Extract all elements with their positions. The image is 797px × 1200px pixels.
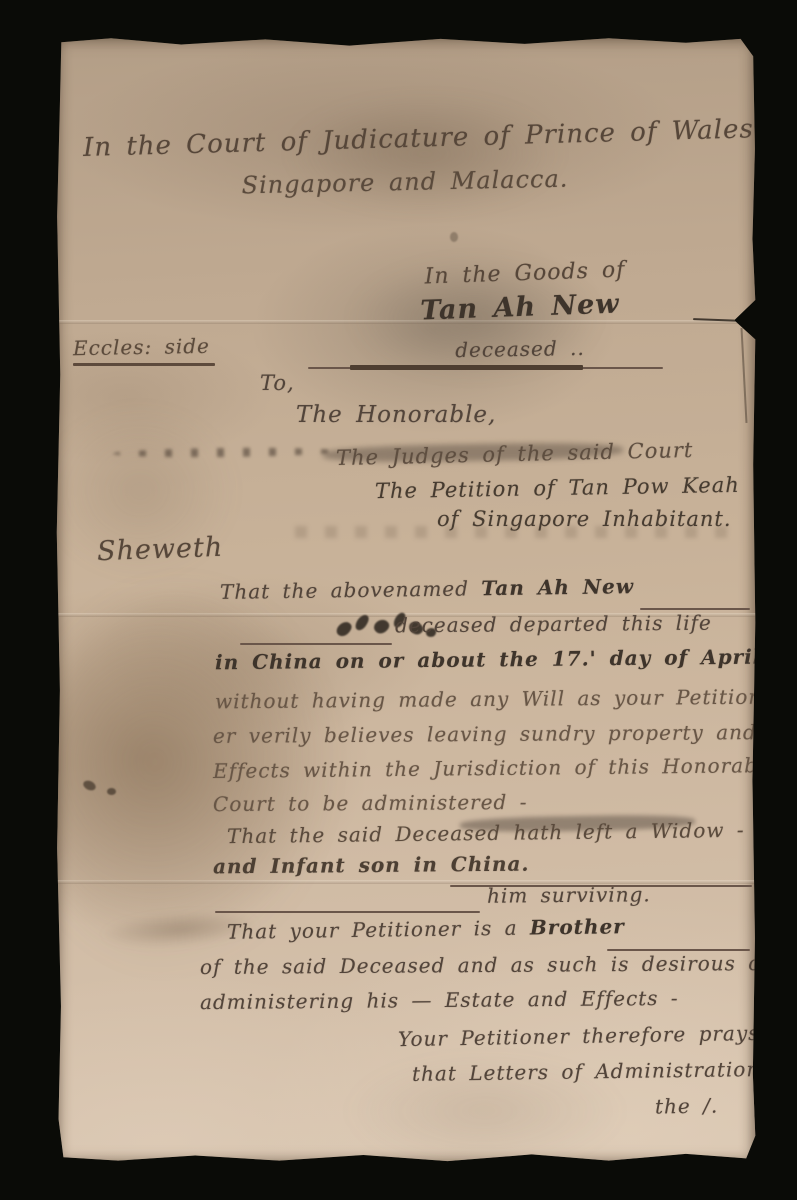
address-to: To, bbox=[260, 371, 295, 395]
fold-crease bbox=[55, 320, 756, 324]
catchword: the /. bbox=[655, 1093, 719, 1118]
ink-rule bbox=[607, 949, 750, 951]
body-line-4: without having made any Will as your Pet… bbox=[215, 685, 762, 714]
ink-rule bbox=[308, 367, 663, 369]
stain bbox=[45, 406, 235, 576]
sheweth-heading: Sheweth bbox=[96, 532, 223, 567]
deceased-name: Tan Ah New bbox=[375, 287, 666, 328]
body-line-5: er verily believes leaving sundry proper… bbox=[213, 720, 757, 748]
body-line-13: administering his — Estate and Effects - bbox=[200, 986, 679, 1014]
body-line-12: of the said Deceased and as such is desi… bbox=[200, 951, 770, 979]
paper-tear bbox=[693, 318, 743, 322]
body-line-11-emphasis: Brother bbox=[530, 914, 625, 939]
ink-smudge bbox=[113, 447, 338, 458]
body-line-15-text: that Letters of Administration bbox=[412, 1057, 773, 1086]
goods-clause-intro: In the Goods of bbox=[390, 256, 661, 290]
body-line-8: That the said Deceased hath left a Widow… bbox=[227, 818, 745, 848]
address-inhabitant: of Singapore Inhabitant. bbox=[437, 507, 732, 531]
ink-smudge bbox=[99, 906, 261, 951]
body-line-1-text: That the abovenamed bbox=[220, 576, 482, 604]
ink-smudge bbox=[295, 526, 745, 538]
body-line-6: Effects within the Jurisdiction of this … bbox=[213, 753, 778, 783]
body-line-14: Your Petitioner therefore prays bbox=[398, 1021, 760, 1051]
body-line-3: in China on or about the 17.' day of Apr… bbox=[215, 644, 797, 675]
address-honorable: The Honorable, bbox=[296, 402, 496, 428]
ink-smudge bbox=[323, 441, 623, 463]
court-heading-line1: In the Court of Judicature of Prince of … bbox=[83, 115, 729, 163]
ink-blot bbox=[372, 617, 392, 637]
body-line-15-catch: under bbox=[773, 1061, 797, 1080]
ink-blot bbox=[425, 627, 436, 638]
fold-crease bbox=[55, 880, 756, 884]
stain bbox=[345, 1056, 625, 1166]
ink-blot bbox=[392, 611, 407, 629]
body-line-15: that Letters of Administration under bbox=[412, 1056, 797, 1086]
stain bbox=[285, 94, 565, 214]
body-line-1-name: Tan Ah New bbox=[481, 574, 634, 600]
court-heading-line2: Singapore and Malacca. bbox=[205, 164, 605, 200]
ink-smudge bbox=[460, 814, 695, 833]
ink-speck bbox=[82, 779, 98, 793]
ink-rule bbox=[450, 885, 752, 887]
paper-tear bbox=[741, 328, 748, 423]
deceased-status: deceased .. bbox=[430, 335, 610, 362]
document-page: In the Court of Judicature of Prince of … bbox=[55, 36, 756, 1164]
ink-speck bbox=[450, 232, 458, 242]
address-petition: The Petition of Tan Pow Keah bbox=[375, 473, 740, 503]
ink-rule bbox=[215, 911, 480, 913]
ink-rule bbox=[350, 365, 583, 370]
ink-blot bbox=[334, 619, 353, 639]
body-line-10: him surviving. bbox=[487, 882, 651, 907]
margin-note: Eccles: side bbox=[73, 334, 210, 360]
stain bbox=[35, 591, 335, 971]
ink-rule bbox=[240, 643, 392, 645]
body-line-9: and Infant son in China. bbox=[213, 852, 530, 879]
body-line-2: deceased departed this life bbox=[395, 611, 712, 638]
ink-speck bbox=[107, 788, 116, 795]
photo-background: In the Court of Judicature of Prince of … bbox=[0, 0, 797, 1200]
body-line-11: That your Petitioner is a Brother bbox=[227, 914, 625, 944]
ink-rule bbox=[73, 363, 215, 366]
address-judges: The Judges of the said Court bbox=[336, 438, 694, 470]
body-line-1: That the abovenamed Tan Ah New bbox=[220, 574, 634, 604]
stain bbox=[350, 258, 600, 378]
body-line-11-text: That your Petitioner is a bbox=[227, 916, 530, 944]
ink-blot bbox=[353, 613, 370, 633]
ink-rule bbox=[640, 608, 750, 610]
ink-blot bbox=[407, 619, 425, 637]
body-line-7: Court to be administered - bbox=[213, 790, 528, 816]
